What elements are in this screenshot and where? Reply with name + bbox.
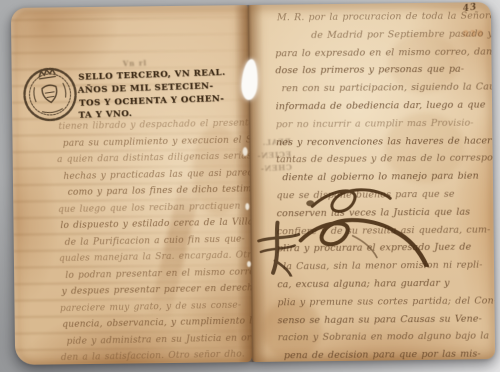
handwriting-line: den a la satisfaccion. Otro señor dho. — [61, 349, 245, 363]
fiscal-stamp-text: SELLO TERCERO, VN REAL.AÑOS DE MIL SETEC… — [77, 67, 226, 123]
handwriting-line: ren con su participacion, siguiendo la C… — [282, 81, 496, 94]
handwriting-line: senso se hagan su para Causas su Vene- — [278, 313, 482, 326]
handwriting-line: de la Purificacion a cuio fin sus que- — [65, 234, 245, 247]
handwriting-line: dose los primeros y personas que pa- — [275, 64, 464, 77]
handwriting-line: plia y premune sus cortes partida; del C… — [277, 295, 495, 308]
photograph-of-manuscript: Vn rl SELLO TERCERO, VN REAL.AÑOS DE MIL… — [0, 0, 500, 372]
handwriting-line: informada de obediencia dar, luego a que — [276, 99, 486, 112]
margin-cross-mark-icon — [253, 218, 304, 277]
handwriting-line: que luego que los reciban practiquen — [58, 201, 241, 215]
handwriting-line: para lo expresado en el mismo correo, da… — [275, 46, 495, 59]
fiscal-stamp-imprint: Vn rl SELLO TERCERO, VN REAL.AÑOS DE MIL… — [77, 67, 226, 123]
handwriting-line: quales manejara la Sra. encargada. Otro — [59, 250, 252, 264]
handwriting-line: y despues presentar parecer en derecho — [62, 283, 253, 297]
handwriting-line: de Madrid por Septiembre pasado y firmad… — [311, 28, 495, 41]
handwriting-line: ca, excusa alguna; hara guardar y — [277, 278, 449, 291]
handwriting-line: racion y Sobrania en modo alguno bajo la — [278, 331, 489, 344]
manuscript-spread: Vn rl SELLO TERCERO, VN REAL.AÑOS DE MIL… — [11, 2, 495, 365]
manuscript-left-page: Vn rl SELLO TERCERO, VN REAL.AÑOS DE MIL… — [11, 5, 252, 365]
handwriting-line: lo podran presentar en el mismo correo — [65, 267, 252, 281]
handwriting-line: pide y administra en su Justicia en or- — [67, 333, 253, 347]
right-page-handwriting: M. R. por la procuracion de toda la Seño… — [275, 10, 495, 12]
handwriting-line: tantas de despues y de mas de lo corresp… — [276, 153, 495, 166]
handwriting-line: como y para los fines de dicho testimoni… — [68, 184, 253, 198]
left-page-handwriting: tienen librado y despachado el presente … — [58, 118, 251, 364]
stamp-ghost-mark: Vn rl — [123, 58, 148, 68]
handwriting-line: pena de decision para que por las mis- — [284, 349, 481, 362]
ink-rubric-flourish-icon — [292, 175, 455, 269]
handwriting-line: a quien dara distintas diligencias seria… — [57, 151, 252, 165]
handwriting-line: para su cumplimiento y execucion el Sor. — [63, 135, 252, 149]
handwriting-line: quencia, observancia, y cumplimiento le — [62, 316, 252, 330]
royal-coat-of-arms-seal-icon — [17, 58, 84, 128]
manuscript-right-page: 43 030 REAL.ECIEN-CHEN- M. R. por la pro… — [248, 2, 495, 362]
handwriting-line: M. R. por la procuracion de toda la Seño… — [277, 10, 495, 23]
handwriting-line: lo dispuesto y estilado cerca de la Vill… — [60, 217, 252, 231]
handwriting-line: pareciere muy grato, y de sus conse- — [60, 300, 241, 313]
handwriting-line: nes y reconvenciones las haveres de hace… — [276, 135, 495, 148]
handwriting-line: hechas y practicadas las que asi parecie… — [63, 167, 252, 181]
handwriting-line: por no incurrir a cumplir mas Provisio- — [276, 117, 474, 130]
